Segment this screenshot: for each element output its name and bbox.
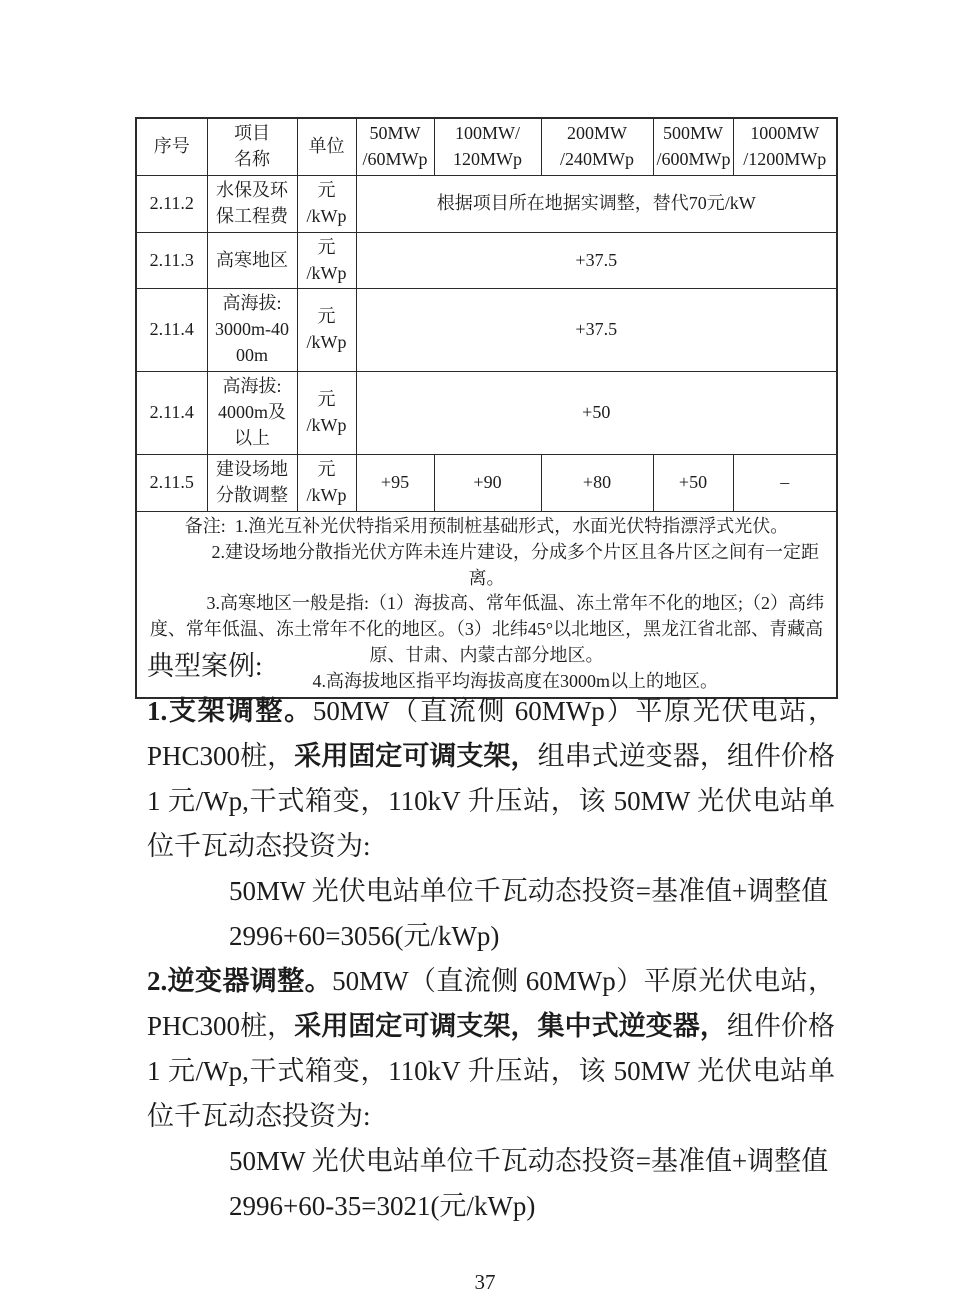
table-row: 2.11.2 水保及环 保工程费 元 /kWp 根据项目所在地据实调整，替代70… [136, 175, 837, 232]
case-2-paragraph: 2.逆变器调整。50MW（直流侧 60MWp）平原光伏电站，PHC300桩，采用… [147, 959, 835, 1139]
column-header-unit: 单位 [297, 118, 356, 175]
merged-value-cell: 根据项目所在地据实调整，替代70元/kW [356, 175, 837, 232]
note-item-2: 2.建设场地分散指光伏方阵未连片建设，分成多个片区且各片区之间有一定距离。 [140, 540, 833, 592]
column-header-200mw: 200MW /240MWp [541, 118, 653, 175]
document-page: 序号 项目 名称 单位 50MW /60MWp 100MW/ 120MWp 20… [0, 0, 970, 1315]
notes-label: 备注: [185, 516, 226, 536]
table-row: 2.11.4 高海拔: 4000m及 以上 元 /kWp +50 [136, 372, 837, 455]
row-no-cell: 2.11.4 [136, 289, 207, 372]
bold-text-segment: 采用固定可调支架， [294, 741, 537, 771]
bold-text-segment: 采用固定可调支架，集中式逆变器， [294, 1011, 727, 1041]
row-unit-cell: 元 /kWp [297, 289, 356, 372]
row-value-cell: +80 [541, 454, 653, 511]
cost-adjustment-table-wrap: 序号 项目 名称 单位 50MW /60MWp 100MW/ 120MWp 20… [135, 117, 838, 699]
row-name-cell: 高海拔: 3000m-40 00m [207, 289, 297, 372]
case-1-formula: 50MW 光伏电站单位千瓦动态投资=基准值+调整值 [229, 869, 835, 914]
row-unit-cell: 元 /kWp [297, 372, 356, 455]
row-value-cell: – [733, 454, 837, 511]
page-number: 37 [0, 1270, 970, 1295]
row-value-cell: +95 [356, 454, 434, 511]
row-no-cell: 2.11.4 [136, 372, 207, 455]
row-value-cell: +90 [434, 454, 541, 511]
column-header-100mw: 100MW/ 120MWp [434, 118, 541, 175]
row-unit-cell: 元 /kWp [297, 232, 356, 289]
row-name-cell: 高海拔: 4000m及 以上 [207, 372, 297, 455]
row-name-cell: 建设场地 分散调整 [207, 454, 297, 511]
note-item-1: 1.渔光互补光伏特指采用预制桩基础形式，水面光伏特指漂浮式光伏。 [235, 516, 789, 536]
merged-value-cell: +37.5 [356, 232, 837, 289]
table-row: 2.11.5 建设场地 分散调整 元 /kWp +95 +90 +80 +50 … [136, 454, 837, 511]
merged-value-cell: +37.5 [356, 289, 837, 372]
typical-cases-section: 典型案例: 1.支架调整。50MW（直流侧 60MWp）平原光伏电站，PHC30… [147, 644, 835, 1229]
row-unit-cell: 元 /kWp [297, 175, 356, 232]
table-row: 2.11.3 高寒地区 元 /kWp +37.5 [136, 232, 837, 289]
column-header-500mw: 500MW /600MWp [653, 118, 733, 175]
table-header-row: 序号 项目 名称 单位 50MW /60MWp 100MW/ 120MWp 20… [136, 118, 837, 175]
column-header-name: 项目 名称 [207, 118, 297, 175]
case-2-formula: 50MW 光伏电站单位千瓦动态投资=基准值+调整值 [229, 1139, 835, 1184]
merged-value-cell: +50 [356, 372, 837, 455]
column-header-no: 序号 [136, 118, 207, 175]
row-no-cell: 2.11.3 [136, 232, 207, 289]
column-header-50mw: 50MW /60MWp [356, 118, 434, 175]
cost-adjustment-table: 序号 项目 名称 单位 50MW /60MWp 100MW/ 120MWp 20… [135, 117, 838, 699]
row-name-cell: 水保及环 保工程费 [207, 175, 297, 232]
row-value-cell: +50 [653, 454, 733, 511]
note-line-1: 备注:1.渔光互补光伏特指采用预制桩基础形式，水面光伏特指漂浮式光伏。 [140, 514, 833, 540]
row-name-cell: 高寒地区 [207, 232, 297, 289]
case-2-calculation: 2996+60-35=3021(元/kWp) [229, 1184, 835, 1229]
table-row: 2.11.4 高海拔: 3000m-40 00m 元 /kWp +37.5 [136, 289, 837, 372]
bold-text-segment: 2.逆变器调整。 [147, 966, 332, 996]
case-1-paragraph: 1.支架调整。50MW（直流侧 60MWp）平原光伏电站，PHC300桩，采用固… [147, 689, 835, 869]
row-no-cell: 2.11.5 [136, 454, 207, 511]
case-1-calculation: 2996+60=3056(元/kWp) [229, 914, 835, 959]
column-header-1000mw: 1000MW /1200MWp [733, 118, 837, 175]
row-unit-cell: 元 /kWp [297, 454, 356, 511]
cases-heading: 典型案例: [147, 644, 835, 689]
bold-text-segment: 1.支架调整。 [147, 696, 313, 726]
row-no-cell: 2.11.2 [136, 175, 207, 232]
